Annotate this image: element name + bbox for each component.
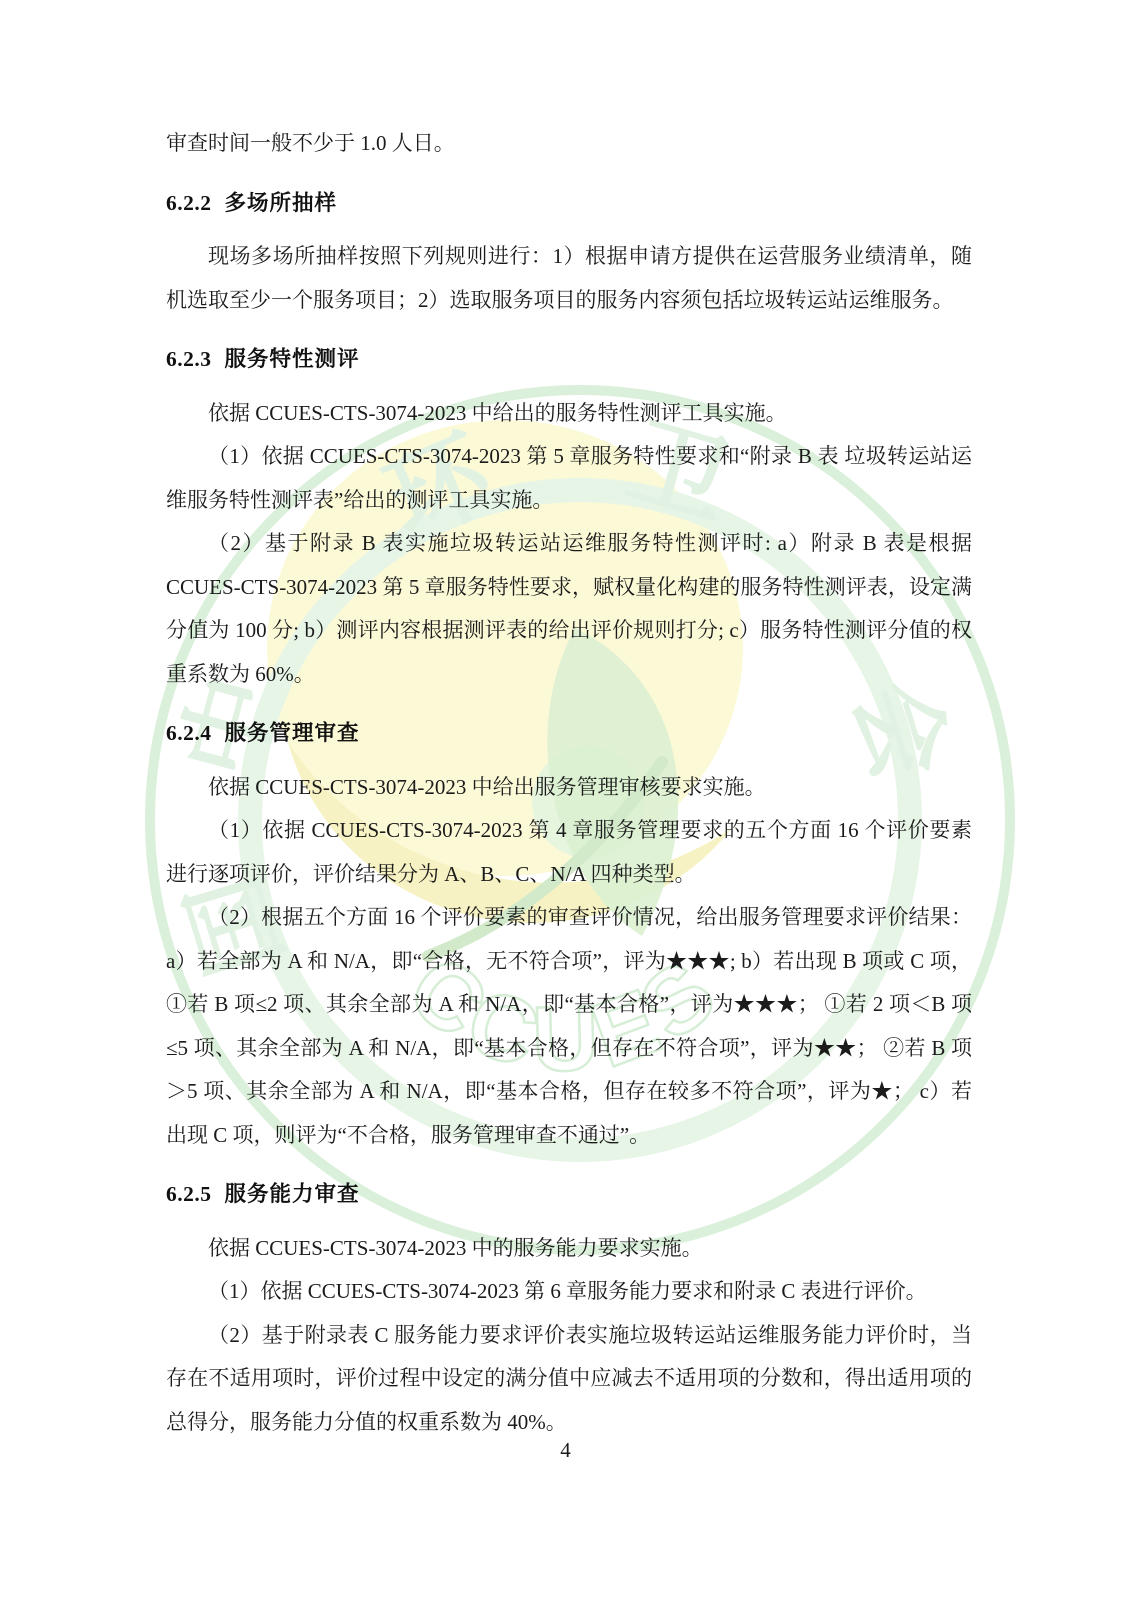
section-heading-6-2-4: 6.2.4服务管理审查 <box>166 712 972 756</box>
paragraph: 审查时间一般不少于 1.0 人日。 <box>166 122 972 166</box>
paragraph: （1）依据 CCUES-CTS-3074-2023 第 4 章服务管理要求的五个… <box>166 809 972 896</box>
page-number: 4 <box>0 1438 1131 1463</box>
section-title: 服务能力审查 <box>225 1182 360 1206</box>
paragraph: （1）依据 CCUES-CTS-3074-2023 第 6 章服务能力要求和附录… <box>166 1270 972 1314</box>
section-title: 服务特性测评 <box>225 347 360 371</box>
page-content: 审查时间一般不少于 1.0 人日。 6.2.2多场所抽样 现场多场所抽样按照下列… <box>166 122 972 1444</box>
paragraph: 依据 CCUES-CTS-3074-2023 中给出服务管理审核要求实施。 <box>166 766 972 810</box>
paragraph: 依据 CCUES-CTS-3074-2023 中的服务能力要求实施。 <box>166 1227 972 1271</box>
section-title: 服务管理审查 <box>225 721 360 745</box>
section-title: 多场所抽样 <box>225 191 338 215</box>
section-heading-6-2-2: 6.2.2多场所抽样 <box>166 182 972 226</box>
section-heading-6-2-5: 6.2.5服务能力审查 <box>166 1173 972 1217</box>
section-number: 6.2.2 <box>166 191 212 215</box>
paragraph: （1）依据 CCUES-CTS-3074-2023 第 5 章服务特性要求和“附… <box>166 435 972 522</box>
paragraph: （2）根据五个方面 16 个评价要素的审查评价情况，给出服务管理要求评价结果：a… <box>166 896 972 1157</box>
section-number: 6.2.5 <box>166 1182 212 1206</box>
section-number: 6.2.4 <box>166 721 212 745</box>
section-number: 6.2.3 <box>166 347 212 371</box>
paragraph: 依据 CCUES-CTS-3074-2023 中给出的服务特性测评工具实施。 <box>166 392 972 436</box>
section-heading-6-2-3: 6.2.3服务特性测评 <box>166 338 972 382</box>
document-page: 中 国 环 卫 会 CCUES 审查时间一般不少于 1.0 人日。 6.2.2多… <box>0 0 1131 1600</box>
paragraph: （2）基于附录 B 表实施垃圾转运站运维服务特性测评时: a）附录 B 表是根据… <box>166 522 972 696</box>
paragraph: 现场多场所抽样按照下列规则进行：1）根据申请方提供在运营服务业绩清单，随机选取至… <box>166 235 972 322</box>
paragraph: （2）基于附录表 C 服务能力要求评价表实施垃圾转运站运维服务能力评价时，当存在… <box>166 1314 972 1445</box>
